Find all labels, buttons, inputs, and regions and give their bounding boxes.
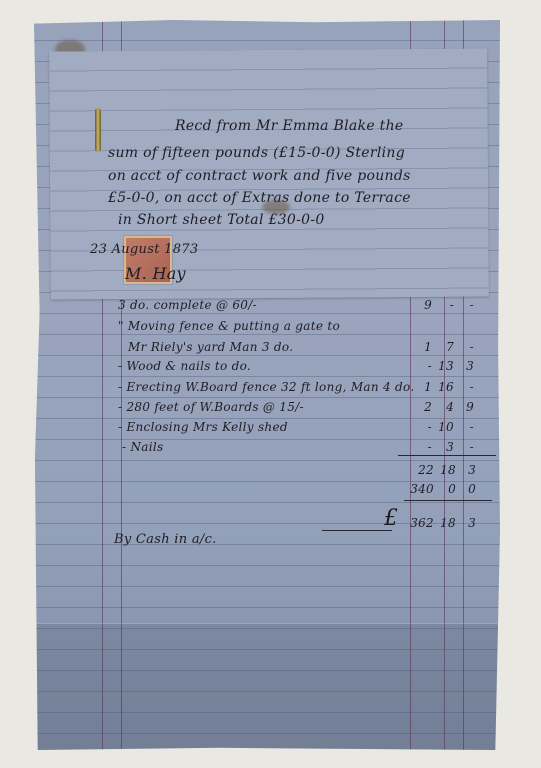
item-desc: - Erecting W.Board fence 32 ft long, Man…: [118, 380, 414, 394]
stain: [262, 200, 290, 214]
grand-total-pounds: 362: [400, 516, 434, 530]
item-pence: 3: [456, 359, 474, 373]
item-shillings: 10: [436, 420, 454, 434]
receipt-line-3: on acct of contract work and five pounds: [108, 168, 411, 184]
item-desc: 3 do. complete @ 60/-: [118, 298, 257, 312]
subtotal-pence: 0: [458, 482, 476, 496]
receipt-line-2: sum of fifteen pounds (£15-0-0) Sterling: [108, 145, 405, 161]
item-pence: 9: [456, 400, 474, 414]
receipt-date: 23 August 1873: [90, 242, 198, 257]
item-pounds: 2: [412, 400, 432, 414]
item-desc: " Moving fence & putting a gate to: [118, 319, 340, 333]
subtotal-shillings: 0: [438, 482, 456, 496]
item-desc: - Enclosing Mrs Kelly shed: [118, 420, 288, 434]
item-pounds: -: [412, 359, 432, 373]
item-pence: -: [456, 420, 474, 434]
item-pounds: -: [412, 420, 432, 434]
grand-total-pence: 3: [458, 516, 476, 530]
grand-total-shillings: 18: [438, 516, 456, 530]
paper-fold: [34, 623, 500, 750]
item-desc: - Wood & nails to do.: [118, 359, 251, 373]
pin-icon: [95, 108, 101, 152]
receipt-line-1: Recd from Mr Emma Blake the: [175, 118, 404, 134]
item-pence: -: [456, 298, 474, 312]
subtotal-pence: 3: [458, 463, 476, 477]
receipt-line-4: £5-0-0, on acct of Extras done to Terrac…: [108, 190, 411, 206]
item-desc: - Nails: [122, 440, 163, 454]
receipt-line-5: in Short sheet Total £30-0-0: [118, 212, 325, 228]
item-shillings: 16: [436, 380, 454, 394]
item-shillings: -: [436, 298, 454, 312]
item-pounds: 9: [412, 298, 432, 312]
sum-rule: [404, 500, 492, 501]
item-shillings: 3: [436, 440, 454, 454]
item-shillings: 4: [436, 400, 454, 414]
item-pence: -: [456, 440, 474, 454]
item-pence: -: [456, 340, 474, 354]
subtotal-pounds: 340: [400, 482, 434, 496]
item-shillings: 7: [436, 340, 454, 354]
item-pence: -: [456, 380, 474, 394]
item-pounds: 1: [412, 380, 432, 394]
sum-rule: [322, 530, 392, 531]
sum-rule: [398, 455, 496, 456]
item-desc: - 280 feet of W.Boards @ 15/-: [118, 400, 304, 414]
pound-sign: £: [384, 506, 398, 531]
subtotal-shillings: 18: [438, 463, 456, 477]
item-desc: Mr Riely's yard Man 3 do.: [128, 340, 293, 354]
subtotal-pounds: 22: [408, 463, 434, 477]
footer-note: By Cash in a/c.: [114, 532, 217, 547]
item-pounds: 1: [412, 340, 432, 354]
item-shillings: 13: [436, 359, 454, 373]
item-pounds: -: [412, 440, 432, 454]
receipt-signature: M. Hay: [125, 264, 186, 283]
